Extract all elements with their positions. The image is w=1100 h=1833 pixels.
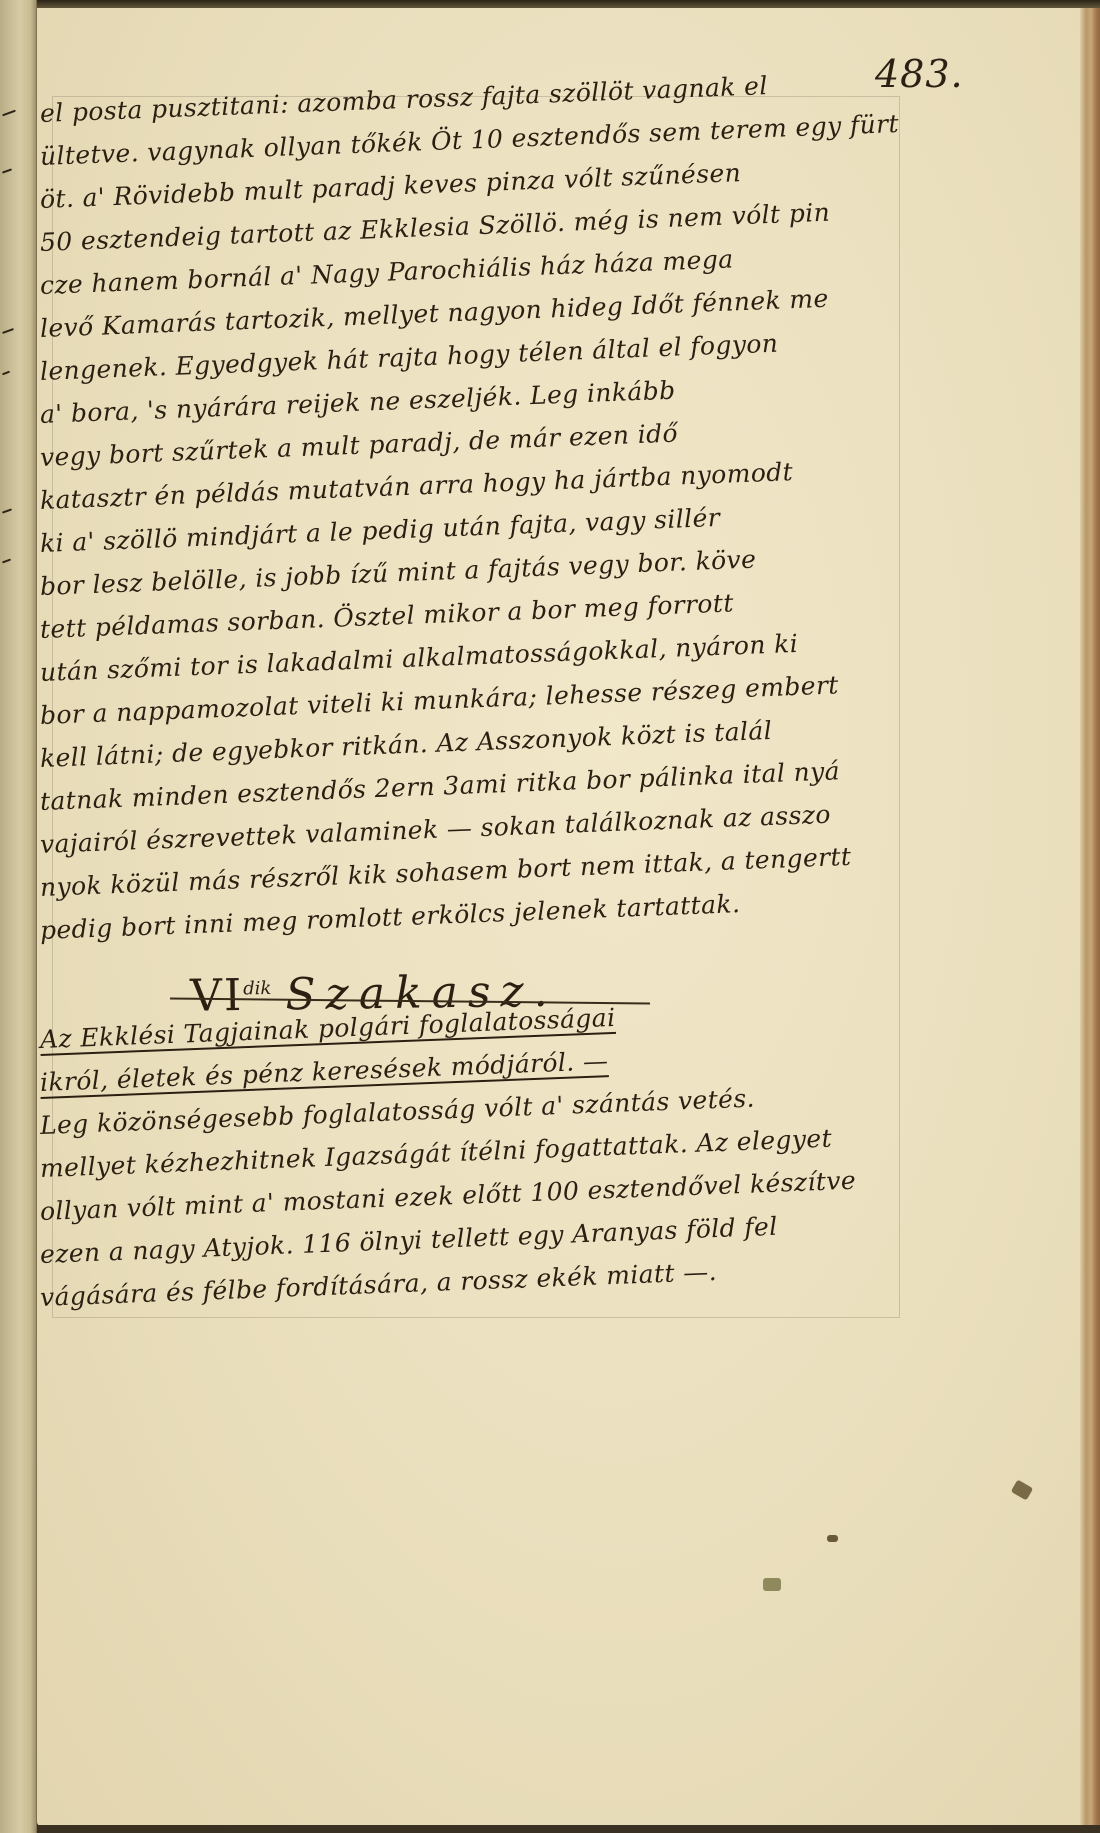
section-numeral-suffix: dik (243, 978, 271, 999)
body-paragraph: el posta pusztitani: azomba rossz fajta … (40, 92, 920, 952)
section-paragraph: Leg közönségesebb foglalatosság vólt a' … (40, 1104, 920, 1319)
page-fore-edge (1080, 8, 1100, 1826)
paper-stain (763, 1578, 781, 1591)
page-bottom-edge (37, 1825, 1100, 1833)
facing-page-edge (0, 0, 37, 1833)
paper-stain (827, 1535, 838, 1542)
manuscript-text: el posta pusztitani: azomba rossz fajta … (40, 92, 920, 1319)
manuscript-scan: 483. el posta pusztitani: azomba rossz f… (0, 0, 1100, 1833)
